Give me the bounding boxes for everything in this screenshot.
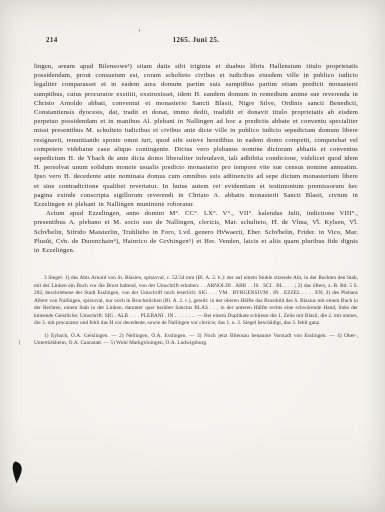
scan-artifact-speck [19, 340, 20, 345]
seal-description-footnote: 3 Siegel: 1) des Abts Arnold von St. Bla… [34, 275, 358, 328]
place-identification-footnotes: 1) Eybach, O.A. Geislingen. — 2) Nelling… [34, 333, 358, 348]
ink-blot-mark [12, 461, 23, 484]
scan-speck-mark: ’ [138, 28, 141, 37]
actum-paragraph: Actum apud Ezzelingen, anno domini M°. C… [34, 209, 358, 255]
page-header: 214 1265. Juni 25. ’ [34, 36, 358, 49]
footnotes: 3 Siegel: 1) des Abts Arnold von St. Bla… [34, 275, 358, 348]
charter-text-paragraph: lingen, aream apud Bilensowe³) sitam dat… [34, 62, 358, 209]
scanned-book-page: 214 1265. Juni 25. ’ lingen, aream apud … [0, 0, 385, 512]
header-date: 1265. Juni 25. [34, 36, 358, 44]
charter-body: lingen, aream apud Bilensowe³) sitam dat… [34, 62, 358, 255]
text-block: 214 1265. Juni 25. ’ lingen, aream apud … [34, 36, 358, 348]
